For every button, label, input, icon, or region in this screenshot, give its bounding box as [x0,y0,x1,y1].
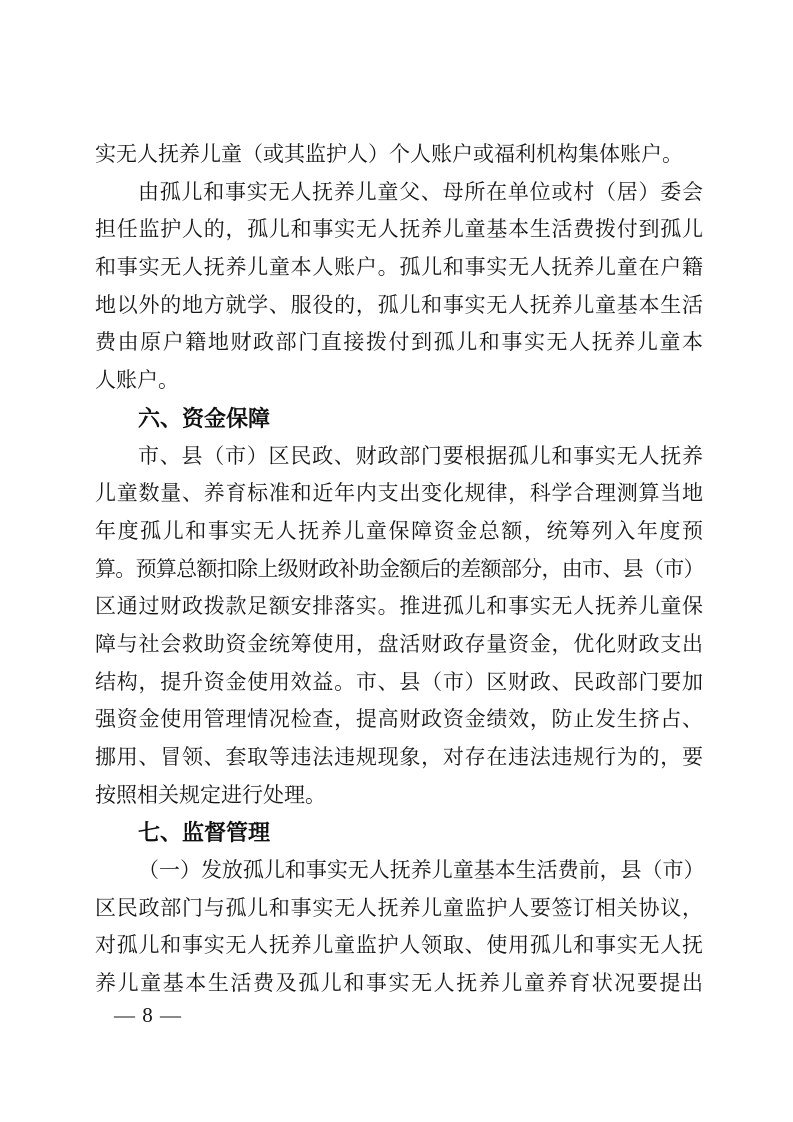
document-page: 实无人抚养儿童（或其监护人）个人账户或福利机构集体账户。 由孤儿和事实无人抚养儿… [0,0,793,1122]
section-heading-supervision: 七、监督管理 [95,814,703,852]
paragraph-line: 儿童数量、养育标准和近年内支出变化规律，科学合理测算当地 [95,475,703,513]
paragraph-line: 养儿童基本生活费及孤儿和事实无人抚养儿童养育状况要提出 [95,965,703,1003]
paragraph-line: 对孤儿和事实无人抚养儿童监护人领取、使用孤儿和事实无人抚 [95,927,703,965]
paragraph-line: 年度孤儿和事实无人抚养儿童保障资金总额，统筹列入年度预 [95,513,703,551]
paragraph-line: 障与社会救助资金统筹使用，盘活财政存量资金，优化财政支出 [95,626,703,664]
paragraph-line: 和事实无人抚养儿童本人账户。孤儿和事实无人抚养儿童在户籍 [95,249,703,287]
page-number: — 8 — [114,1000,182,1030]
paragraph-line: 算。预算总额扣除上级财政补助金额后的差额部分，由市、县（市） [95,551,703,589]
paragraph-line: 费由原户籍地财政部门直接拨付到孤儿和事实无人抚养儿童本 [95,324,703,362]
section-heading-funding-guarantee: 六、资金保障 [95,400,703,438]
paragraph-line: 挪用、冒领、套取等违法违规现象，对存在违法违规行为的，要 [95,739,703,777]
paragraph-line: 实无人抚养儿童（或其监护人）个人账户或福利机构集体账户。 [95,136,703,174]
paragraph-line: 地以外的地方就学、服役的，孤儿和事实无人抚养儿童基本生活 [95,287,703,325]
paragraph-line: 按照相关规定进行处理。 [95,777,703,815]
paragraph-line: 担任监护人的，孤儿和事实无人抚养儿童基本生活费拨付到孤儿 [95,211,703,249]
paragraph-line: 强资金使用管理情况检查，提高财政资金绩效，防止发生挤占、 [95,701,703,739]
paragraph-line: （一）发放孤儿和事实无人抚养儿童基本生活费前，县（市） [95,852,703,890]
text-column: 实无人抚养儿童（或其监护人）个人账户或福利机构集体账户。 由孤儿和事实无人抚养儿… [95,136,703,1003]
paragraph-line: 区民政部门与孤儿和事实无人抚养儿童监护人要签订相关协议， [95,890,703,928]
paragraph-line: 由孤儿和事实无人抚养儿童父、母所在单位或村（居）委会 [95,174,703,212]
paragraph-line: 市、县（市）区民政、财政部门要根据孤儿和事实无人抚养 [95,438,703,476]
paragraph-line: 区通过财政拨款足额安排落实。推进孤儿和事实无人抚养儿童保 [95,588,703,626]
paragraph-line: 人账户。 [95,362,703,400]
paragraph-line: 结构，提升资金使用效益。市、县（市）区财政、民政部门要加 [95,664,703,702]
